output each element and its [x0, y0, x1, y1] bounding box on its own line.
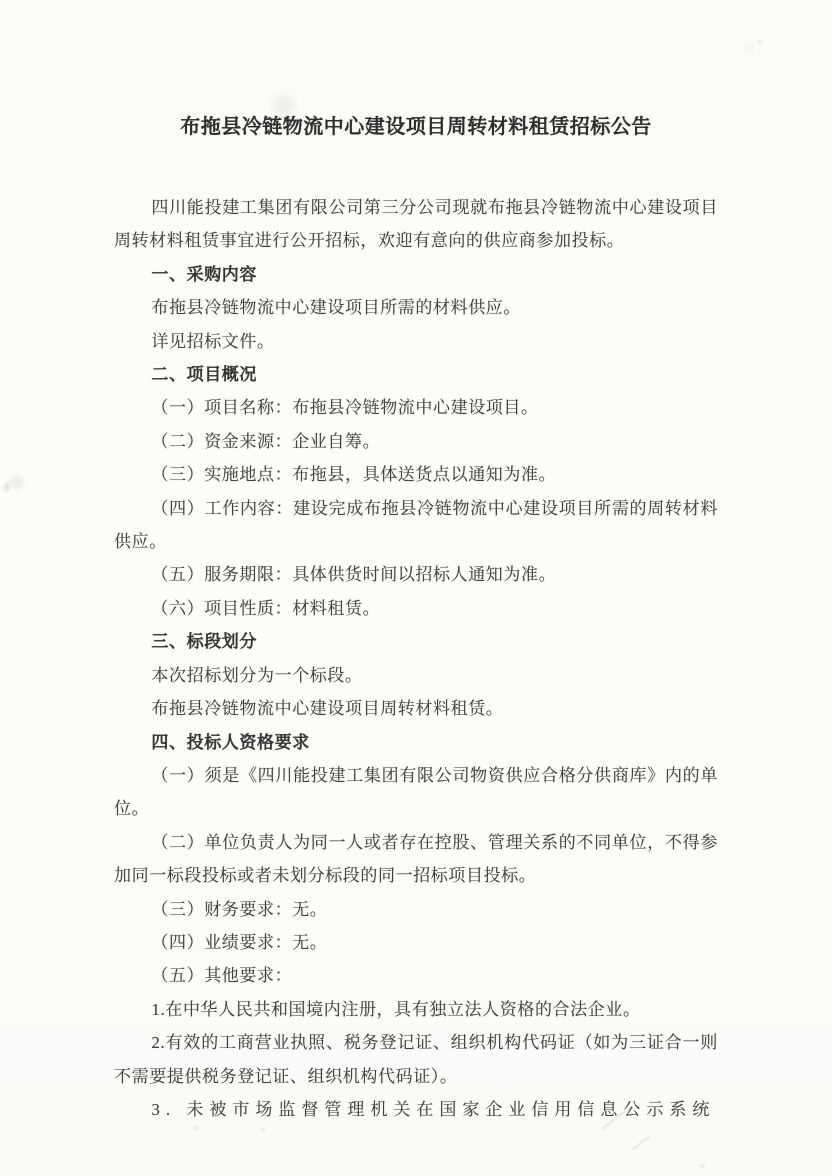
- scan-speck: [261, 1128, 265, 1132]
- scan-scratch: [632, 1135, 650, 1150]
- paragraph: 1.在中华人民共和国境内注册，具有独立法人资格的合法企业。: [114, 993, 718, 1026]
- paragraph: 布拖县冷链物流中心建设项目周转材料租赁。: [114, 692, 718, 725]
- document-body: 四川能投建工集团有限公司第三分公司现就布拖县冷链物流中心建设项目周转材料租赁事宜…: [114, 191, 718, 1126]
- paragraph: 四、投标人资格要求: [114, 726, 718, 759]
- paragraph: 四川能投建工集团有限公司第三分公司现就布拖县冷链物流中心建设项目周转材料租赁事宜…: [114, 191, 718, 258]
- scanned-document-page: 布拖县冷链物流中心建设项目周转材料租赁招标公告 四川能投建工集团有限公司第三分公…: [0, 0, 832, 1176]
- paragraph: （五）服务期限：具体供货时间以招标人通知为准。: [114, 558, 718, 591]
- paragraph: （四）业绩要求：无。: [114, 926, 718, 959]
- paragraph: （五）其他要求：: [114, 959, 718, 992]
- paragraph: 3. 未被市场监督管理机关在国家企业信用信息公示系统: [114, 1093, 718, 1126]
- paragraph: （二）资金来源：企业自筹。: [114, 425, 718, 458]
- paragraph: 布拖县冷链物流中心建设项目所需的材料供应。: [114, 291, 718, 324]
- paragraph: （一）项目名称：布拖县冷链物流中心建设项目。: [114, 391, 718, 424]
- paragraph: 三、标段划分: [114, 625, 718, 658]
- paragraph: 2.有效的工商营业执照、税务登记证、组织机构代码证（如为三证合一则不需要提供税务…: [114, 1026, 718, 1093]
- document-content: 布拖县冷链物流中心建设项目周转材料租赁招标公告 四川能投建工集团有限公司第三分公…: [0, 0, 832, 1126]
- paragraph: （一）须是《四川能投建工集团有限公司物资供应合格分供商库》内的单位。: [114, 759, 718, 826]
- paragraph: （二）单位负责人为同一人或者存在控股、管理关系的不同单位，不得参加同一标段投标或…: [114, 826, 718, 893]
- paragraph: （三）财务要求：无。: [114, 893, 718, 926]
- scan-speck: [194, 1126, 199, 1130]
- paragraph: （三）实施地点：布拖县，具体送货点以通知为准。: [114, 458, 718, 491]
- scan-speck: [700, 1164, 705, 1168]
- document-title: 布拖县冷链物流中心建设项目周转材料租赁招标公告: [114, 0, 718, 142]
- paragraph: （六）项目性质：材料租赁。: [114, 592, 718, 625]
- paragraph: 二、项目概况: [114, 358, 718, 391]
- paragraph: 本次招标划分为一个标段。: [114, 659, 718, 692]
- paragraph: （四）工作内容：建设完成布拖县冷链物流中心建设项目所需的周转材料供应。: [114, 492, 718, 559]
- paragraph: 详见招标文件。: [114, 325, 718, 358]
- paragraph: 一、采购内容: [114, 258, 718, 291]
